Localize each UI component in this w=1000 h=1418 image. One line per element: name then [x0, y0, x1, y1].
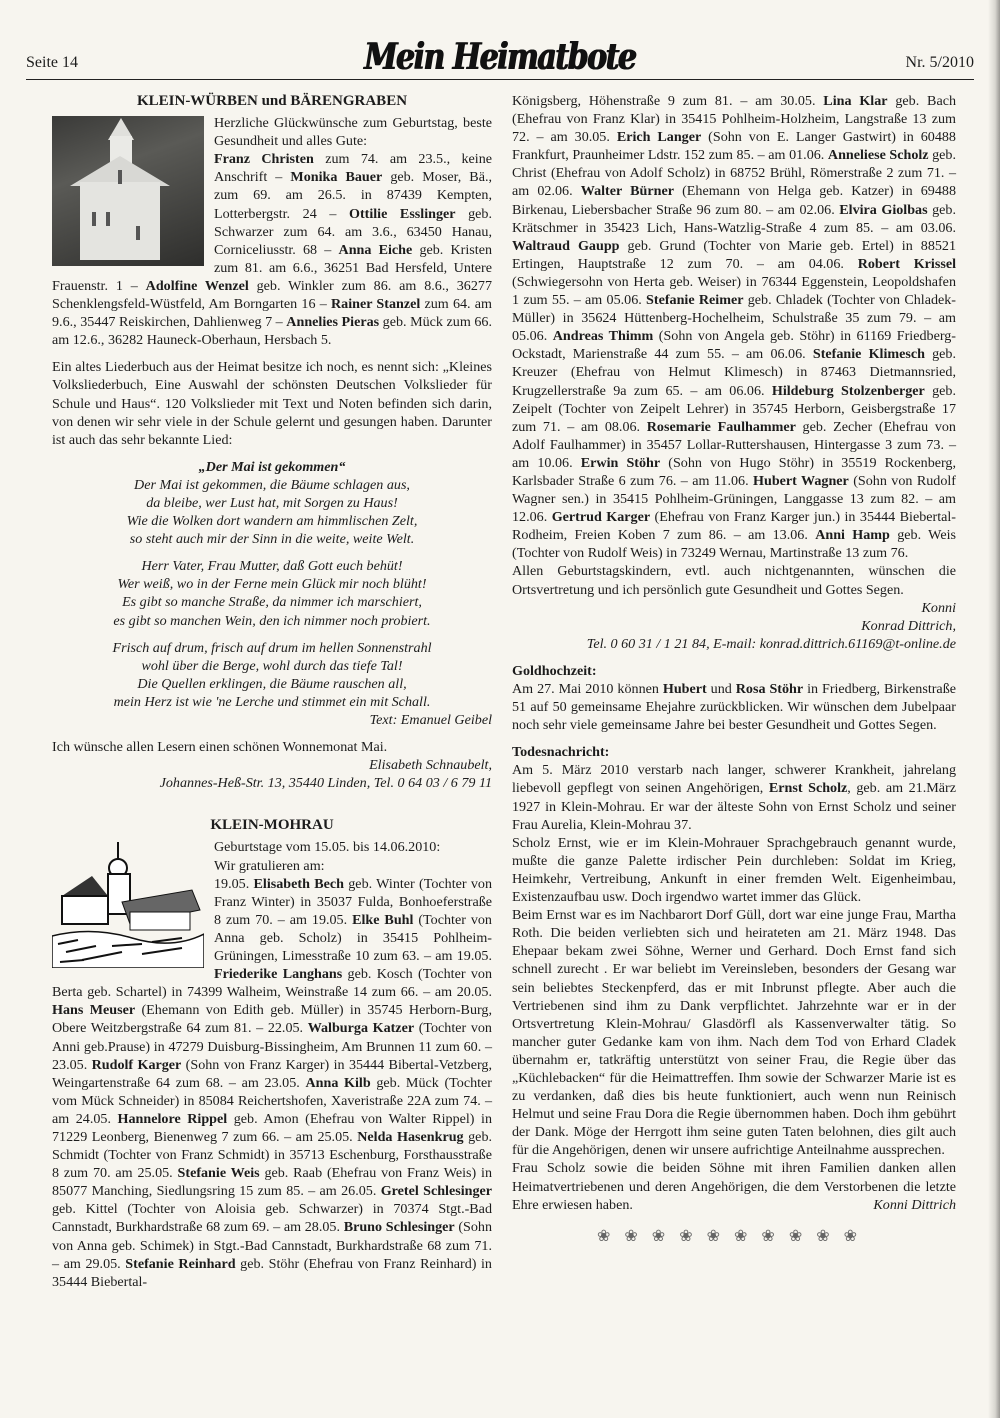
church-photo — [52, 116, 204, 266]
page-header: Seite 14 Mein Heimatbote Nr. 5/2010 — [26, 40, 974, 80]
poem: „Der Mai ist gekommen“ Der Mai ist gekom… — [52, 458, 492, 729]
scan-edge-shadow — [988, 0, 1000, 1418]
issue-number: Nr. 5/2010 — [906, 54, 974, 72]
todesnachricht-heading: Todesnachricht: — [512, 743, 956, 761]
signature-address: Johannes-Heß-Str. 13, 35440 Linden, Tel.… — [52, 774, 492, 792]
signature-name: Elisabeth Schnaubelt, — [52, 756, 492, 774]
signature-contact[interactable]: Tel. 0 60 31 / 1 21 84, E-mail: konrad.d… — [512, 635, 956, 653]
section-title-klein-wuerben: KLEIN-WÜRBEN und BÄRENGRABEN — [52, 92, 492, 110]
signature-short: Konni — [512, 599, 956, 617]
goldhochzeit-text: Am 27. Mai 2010 können Hubert und Rosa S… — [512, 680, 956, 734]
left-column: KLEIN-WÜRBEN und BÄRENGRABEN Herzliche G… — [52, 92, 492, 1291]
obituary-paragraph-1: Am 5. März 2010 verstarb nach langer, sc… — [512, 761, 956, 833]
poem-stanza: Frisch auf drum, frisch auf drum im hell… — [52, 639, 492, 711]
right-column: Königsberg, Höhenstraße 9 zum 81. – am 3… — [512, 92, 956, 1246]
masthead-logo: Mein Heimatbote — [26, 37, 974, 79]
closing-wishes: Allen Geburtstagskindern, evtl. auch nic… — [512, 562, 956, 598]
may-wish: Ich wünsche allen Lesern einen schönen W… — [52, 738, 492, 756]
obituary-paragraph-3: Beim Ernst war es im Nachbarort Dorf Gül… — [512, 906, 956, 1159]
newsletter-page: Seite 14 Mein Heimatbote Nr. 5/2010 KLEI… — [0, 0, 1000, 1418]
liederbuch-paragraph: Ein altes Liederbuch aus der Heimat besi… — [52, 358, 492, 448]
poem-stanza: Herr Vater, Frau Mutter, daß Gott euch b… — [52, 557, 492, 629]
obituary-paragraph-4: Frau Scholz sowie die beiden Söhne mit i… — [512, 1159, 956, 1213]
section-title-klein-mohrau: KLEIN-MOHRAU — [52, 816, 492, 834]
header-divider — [26, 79, 974, 80]
obituary-signature: Konni Dittrich — [873, 1196, 956, 1214]
poem-credit: Text: Emanuel Geibel — [52, 711, 492, 729]
signature-name: Konrad Dittrich, — [512, 617, 956, 635]
flower-ornament-divider: ❀❀❀❀❀❀❀❀❀❀ — [512, 1228, 956, 1246]
poem-stanza: Der Mai ist gekommen, die Bäume schlagen… — [52, 476, 492, 548]
obituary-paragraph-2: Scholz Ernst, wie er im Klein-Mohrauer S… — [512, 834, 956, 906]
goldhochzeit-heading: Goldhochzeit: — [512, 662, 956, 680]
village-church-sketch — [52, 840, 204, 968]
poem-title: „Der Mai ist gekommen“ — [52, 458, 492, 476]
km-birthdays-continued: Königsberg, Höhenstraße 9 zum 81. – am 3… — [512, 92, 956, 562]
